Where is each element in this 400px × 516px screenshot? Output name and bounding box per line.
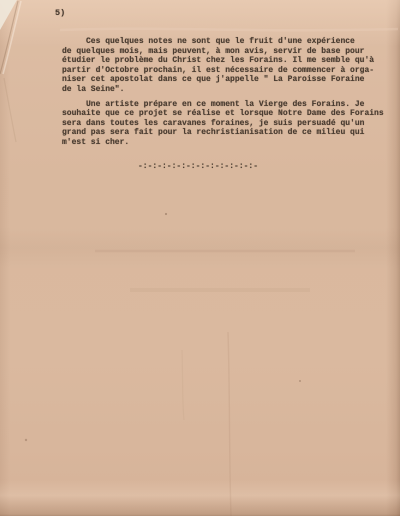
typewritten-line: m'est si cher. [62,138,394,148]
typewritten-text: Ces quelques notes ne sont que le fruit … [62,37,394,171]
typewritten-line: souhaite que ce projet se réalise et lor… [62,109,394,119]
typewritten-line: de la Seine". [62,85,394,95]
section-divider: -:-:-:-:-:-:-:-:-:-:-:-:- [138,162,394,172]
typewritten-line: étudier le problème du Christ chez les F… [62,56,394,66]
document-page: 5) Ces quelques notes ne sont que le fru… [0,0,400,516]
typewritten-line: sera dans toutes les caravanes foraines,… [62,119,394,129]
typewritten-line: partir d'Octobre prochain, il est nécess… [62,66,394,76]
page-number: 5) [55,8,65,18]
typewritten-line: grand pas sera fait pour la rechristiani… [62,128,394,138]
paragraph-2: Une artiste prépare en ce moment la Vier… [62,100,394,148]
typewritten-line: de quelques mois, mais peuvent, à mon av… [62,47,394,57]
typewritten-line: Une artiste prépare en ce moment la Vier… [62,100,394,110]
paragraph-1: Ces quelques notes ne sont que le fruit … [62,37,394,95]
typewritten-line: niser cet apostolat dans ce que j'appell… [62,75,394,85]
typewritten-line: Ces quelques notes ne sont que le fruit … [62,37,394,47]
torn-corner [0,0,17,30]
